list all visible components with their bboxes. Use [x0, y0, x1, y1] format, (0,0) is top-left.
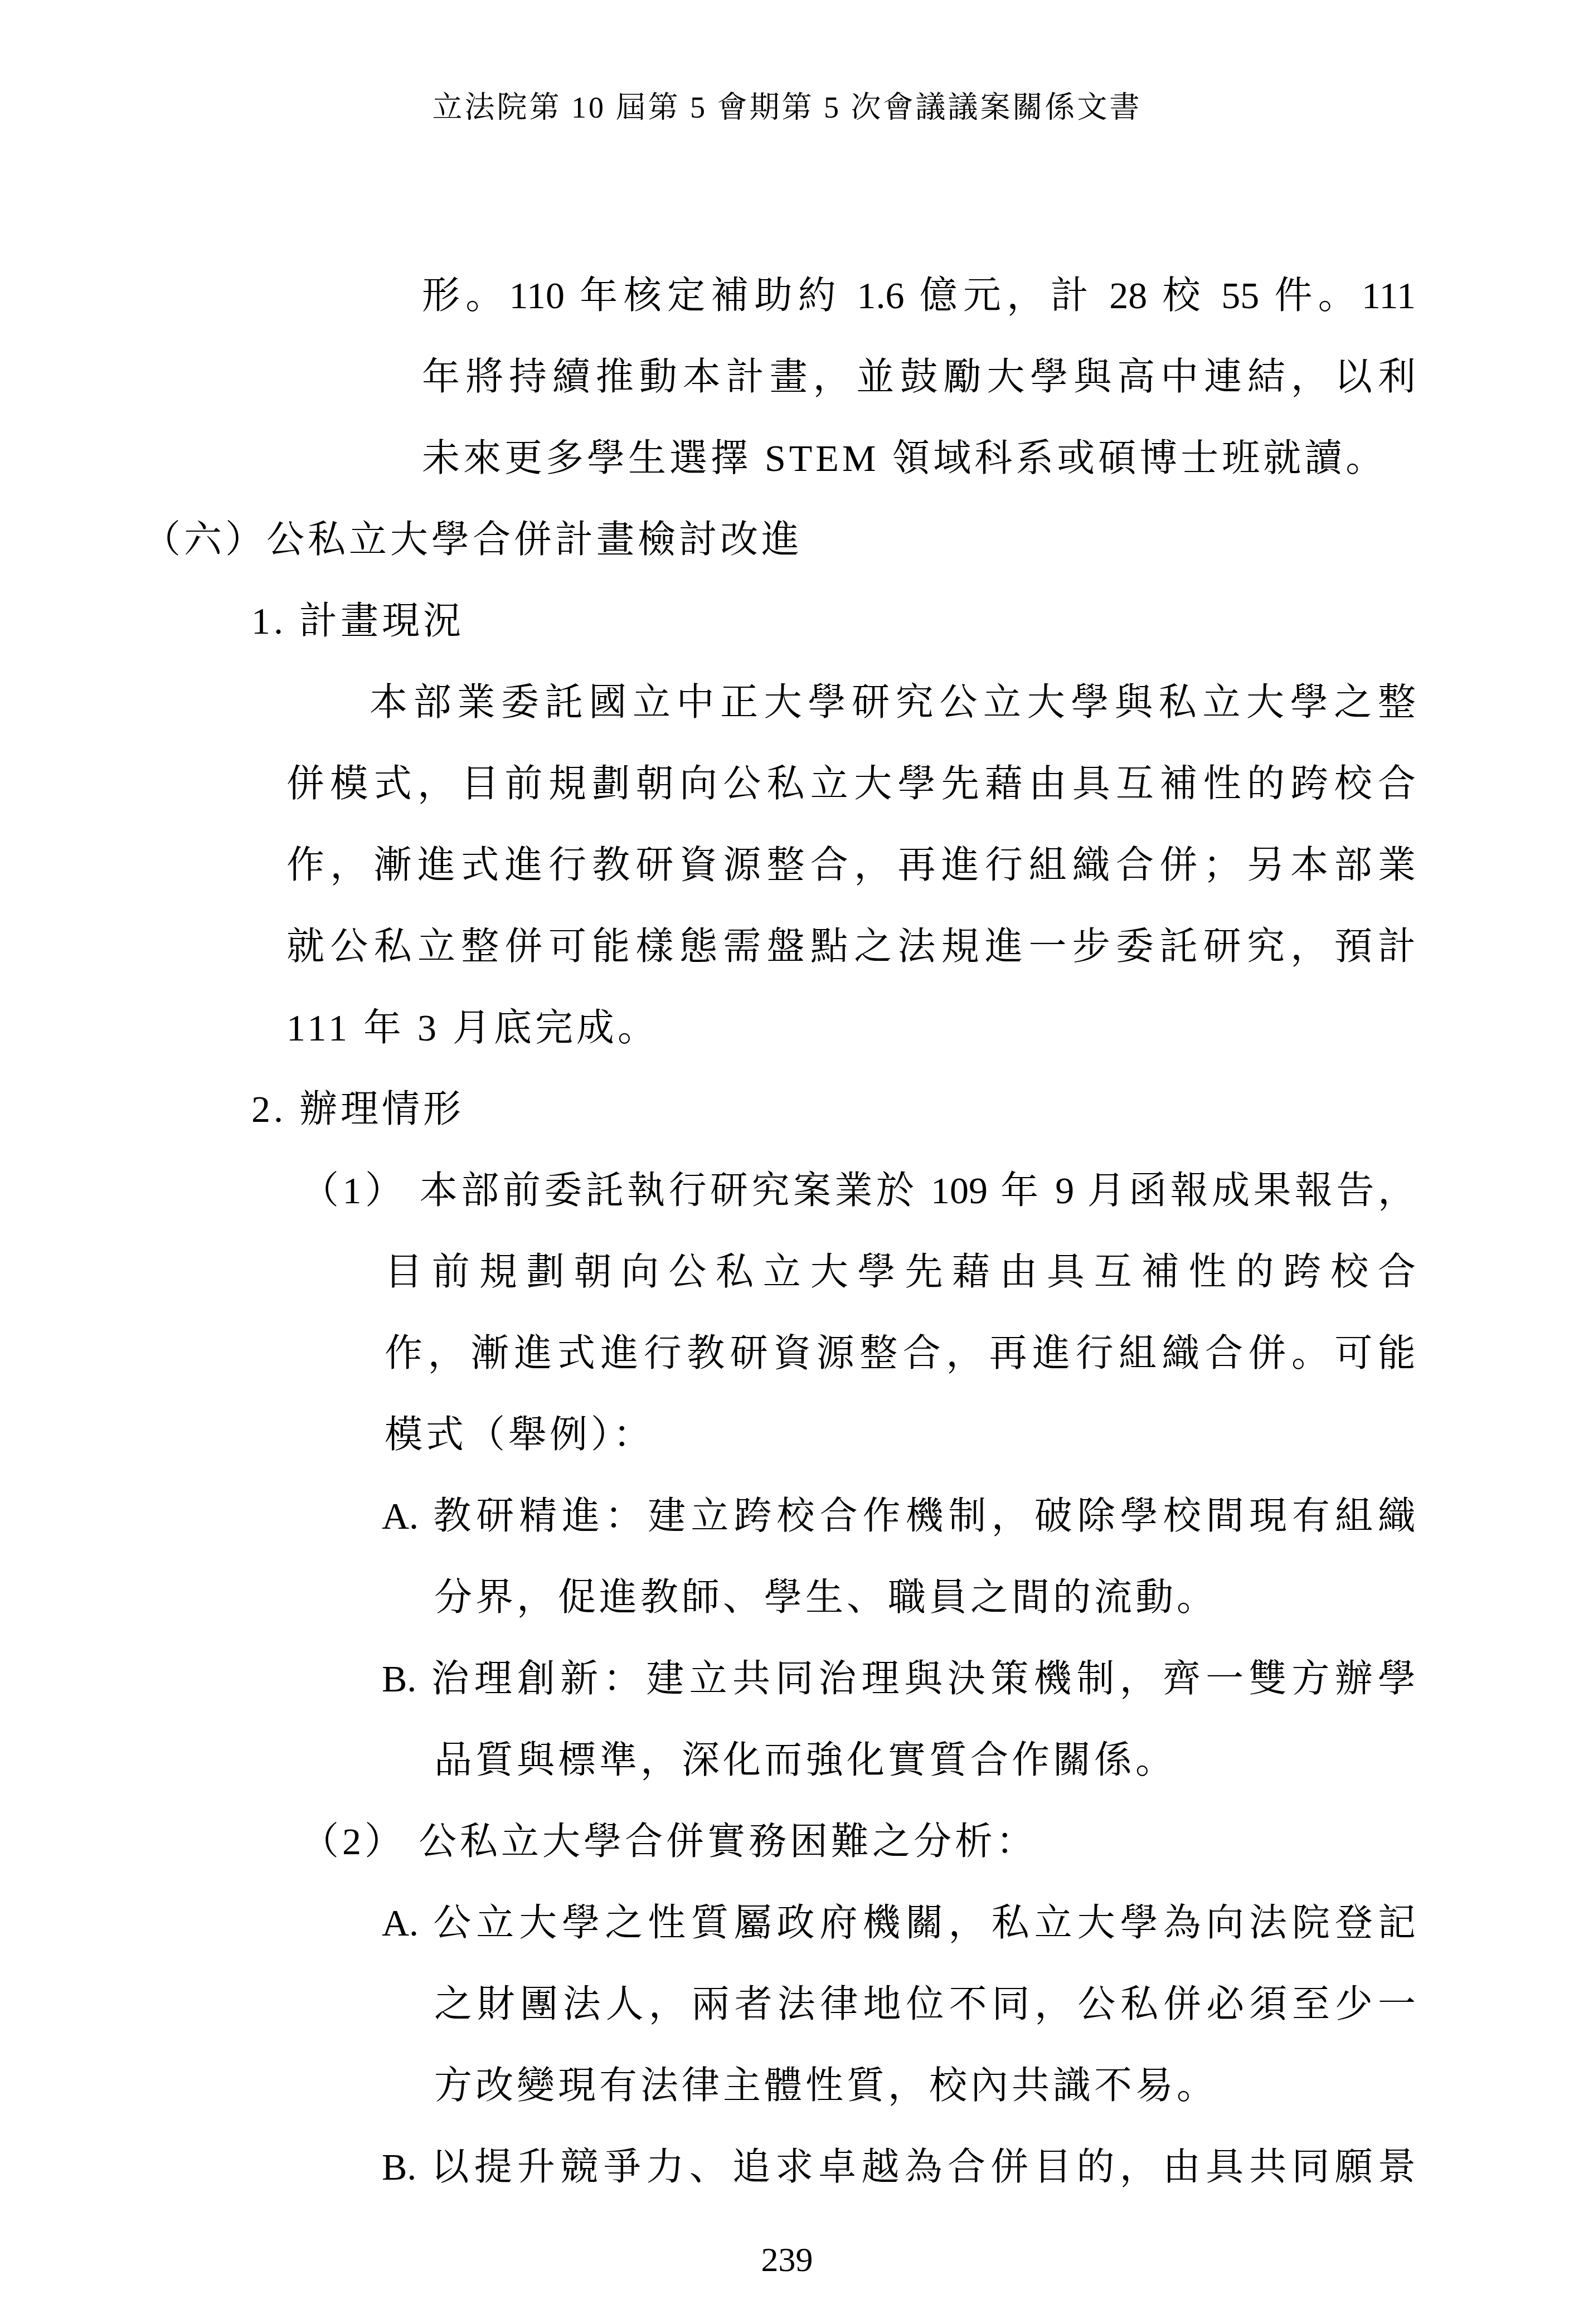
text-line: 模式（舉例）：: [385, 1394, 1416, 1475]
text-line: 作，漸進式進行教研資源整合，再進行組織合併。可能: [385, 1312, 1416, 1394]
text-line: B. 治理創新：建立共同治理與決策機制，齊一雙方辦學: [382, 1638, 1416, 1719]
text-line: B. 以提升競爭力、追求卓越為合併目的，由具共同願景: [382, 2126, 1416, 2208]
page-number: 239: [0, 2232, 1574, 2288]
text-line: 111 年 3 月底完成。: [286, 987, 1416, 1068]
text-line: 年將持續推動本計畫，並鼓勵大學與高中連結，以利: [422, 336, 1416, 417]
text-line: 作，漸進式進行教研資源整合，再進行組織合併；另本部業: [286, 824, 1416, 906]
text-line: 目前規劃朝向公私立大學先藉由具互補性的跨校合: [385, 1231, 1416, 1312]
text-line: 形。110 年核定補助約 1.6 億元，計 28 校 55 件。111: [422, 255, 1416, 336]
text-line: 分界，促進教師、學生、職員之間的流動。: [434, 1557, 1416, 1638]
text-line: 方改變現有法律主體性質，校內共識不易。: [434, 2045, 1416, 2126]
text-line: A. 教研精進：建立跨校合作機制，破除學校間現有組織: [382, 1475, 1416, 1557]
text-line: （1） 本部前委託執行研究案業於 109 年 9 月函報成果報告，: [301, 1150, 1416, 1231]
text-line: （2） 公私立大學合併實務困難之分析：: [301, 1801, 1416, 1882]
text-line: 併模式，目前規劃朝向公私立大學先藉由具互補性的跨校合: [286, 743, 1416, 824]
document-body: 形。110 年核定補助約 1.6 億元，計 28 校 55 件。111年將持續推…: [0, 255, 1574, 2208]
text-line: 品質與標準，深化而強化實質合作關係。: [434, 1719, 1416, 1801]
text-line: （六）公私立大學合併計畫檢討改進: [143, 499, 1574, 580]
document-page: 立法院第 10 屆第 5 會期第 5 次會議議案關係文書 形。110 年核定補助…: [0, 0, 1574, 2324]
text-line: A. 公立大學之性質屬政府機關，私立大學為向法院登記: [382, 1882, 1416, 1963]
text-line: 就公私立整併可能樣態需盤點之法規進一步委託研究，預計: [286, 906, 1416, 987]
text-line: 未來更多學生選擇 STEM 領域科系或碩博士班就讀。: [422, 417, 1416, 499]
text-line: 之財團法人，兩者法律地位不同，公私併必須至少一: [434, 1963, 1416, 2045]
text-line: 本部業委託國立中正大學研究公立大學與私立大學之整: [370, 662, 1416, 743]
text-line: 2. 辦理情形: [251, 1068, 1574, 1150]
document-header: 立法院第 10 屆第 5 會期第 5 次會議議案關係文書: [0, 84, 1574, 127]
text-line: 1. 計畫現況: [251, 580, 1574, 662]
